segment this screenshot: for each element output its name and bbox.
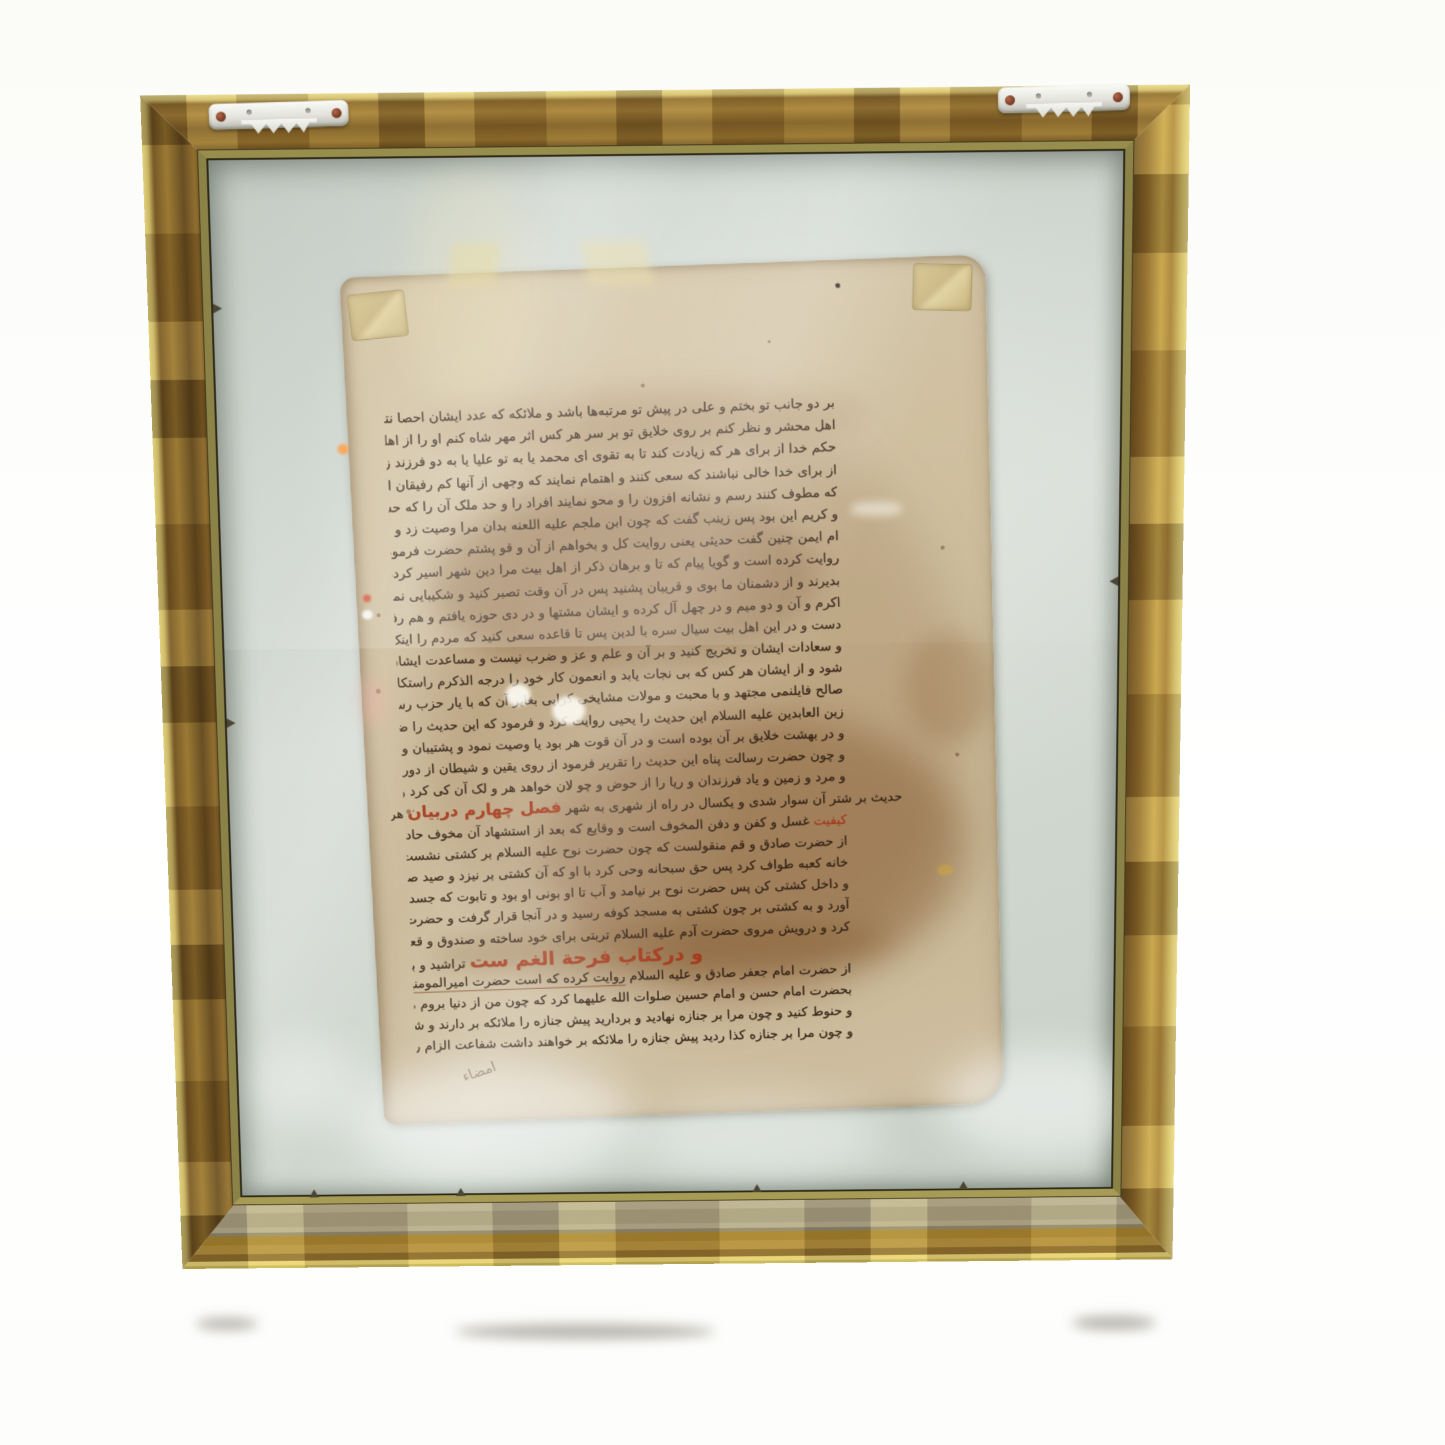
frame-floor-shadow: [1072, 1316, 1156, 1330]
frame-floor-shadow: [196, 1318, 258, 1330]
nail-hole-icon: [1087, 92, 1092, 97]
rusty-screw-icon: [1113, 92, 1123, 102]
rusty-screw-icon: [216, 112, 227, 122]
picture-frame: بر دو جانب تو بختم و علی در پیش تو مرتبه…: [140, 85, 1190, 1269]
nail-hole-icon: [246, 110, 251, 115]
glazier-point: [309, 1189, 319, 1197]
rusty-screw-icon: [1005, 95, 1015, 105]
glazier-point: [456, 1188, 466, 1196]
sawtooth-hanger-left: [208, 100, 349, 130]
frame-floor-shadow: [455, 1324, 715, 1339]
rusty-screw-icon: [331, 108, 341, 118]
glazier-point: [959, 1181, 969, 1189]
glazier-point: [1109, 576, 1118, 586]
glazier-point: [752, 1184, 762, 1192]
nail-hole-icon: [1036, 93, 1041, 98]
glazier-point: [227, 718, 236, 727]
glazier-point: [213, 304, 222, 314]
frame-inner-lip: [198, 141, 1133, 1205]
photo-stage: بر دو جانب تو بختم و علی در پیش تو مرتبه…: [0, 0, 1445, 1445]
nail-hole-icon: [305, 108, 310, 113]
sawtooth-hanger-right: [998, 84, 1130, 114]
